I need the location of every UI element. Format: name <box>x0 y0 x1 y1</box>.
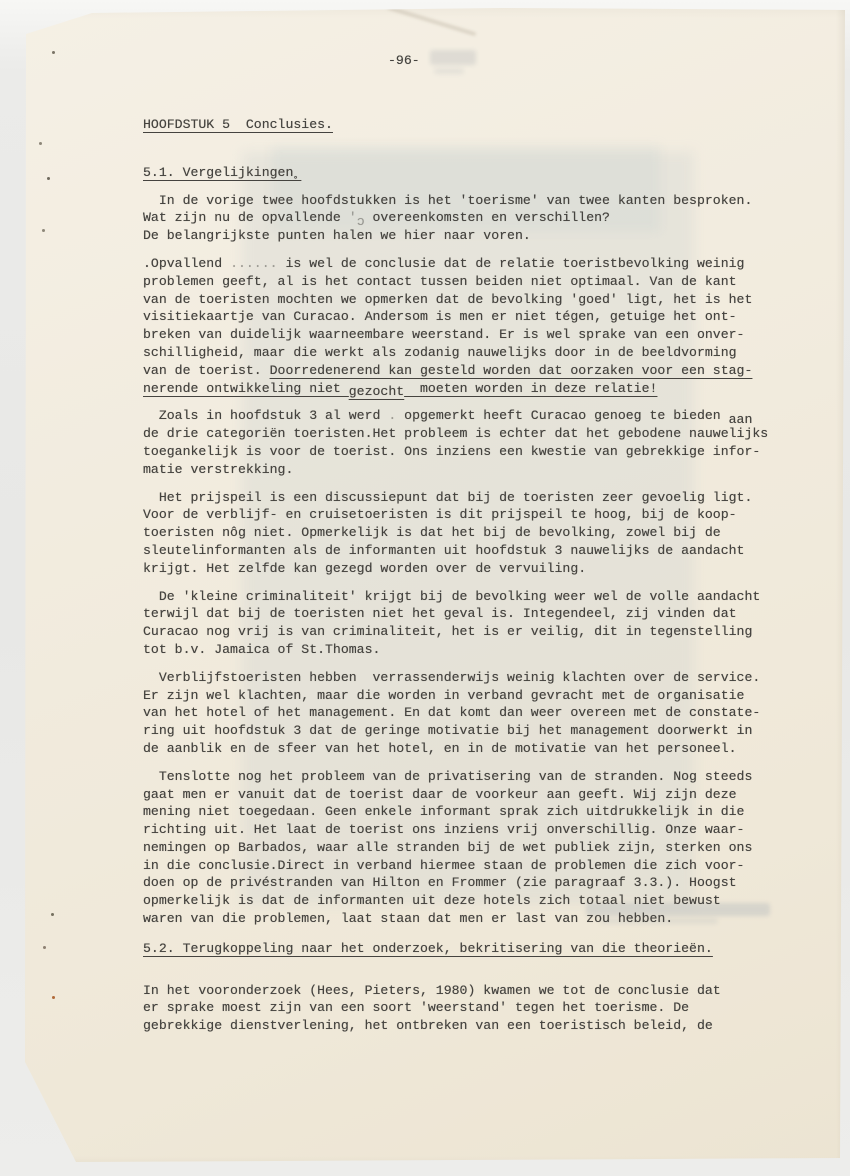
section-heading-5.1: 5.1. Vergelijkingen˳ <box>143 164 807 182</box>
text-line: Voor de verblijf- en cruisetoeristen is … <box>143 506 807 524</box>
text-segment: Er zijn wel klachten, maar die worden in… <box>143 688 744 703</box>
text-line: waren van die problemen, laat staan dat … <box>143 910 807 928</box>
text-line: de drie categoriën toeristen.Het problee… <box>143 425 807 443</box>
document-page: -96- HOOFDSTUK 5 Conclusies. 5.1. Vergel… <box>0 0 850 1176</box>
underlined-text: moeten worden in deze relatie! <box>404 381 657 396</box>
text-segment: tot b.v. Jamaica of St.Thomas. <box>143 642 380 657</box>
paragraph: Verblijfstoeristen hebben verrassenderwi… <box>143 669 807 758</box>
underlined-text: gezocht <box>349 384 404 399</box>
text-segment: problemen geeft, al is het contact tusse… <box>143 274 737 289</box>
text-segment: .Opvallend <box>143 256 230 271</box>
text-segment: matie verstrekking. <box>143 462 293 477</box>
text-segment: er sprake moest zijn van een soort 'weer… <box>143 1000 689 1015</box>
document-body: HOOFDSTUK 5 Conclusies. 5.1. Vergelijkin… <box>143 116 807 1035</box>
text-segment: van de toeristen mochten we opmerken dat… <box>143 292 752 307</box>
text-segment: doen op de privéstranden van Hilton en F… <box>143 875 737 890</box>
text-segment: De belangrijkste punten halen we hier na… <box>143 228 531 243</box>
text-line: de aanblik en de sfeer van het hotel, en… <box>143 740 807 758</box>
text-segment: van de toerist. <box>143 363 270 378</box>
text-line: van de toerist. Doorredenerend kan geste… <box>143 362 807 380</box>
text-line: De 'kleine criminaliteit' krijgt bij de … <box>143 588 807 606</box>
text-segment: Tenslotte nog het probleem van de privat… <box>143 769 752 784</box>
text-segment: ' <box>341 210 357 225</box>
paragraph: In het vooronderzoek (Hees, Pieters, 198… <box>143 982 807 1035</box>
text-line: Wat zijn nu de opvallende 'ɔ overeenkoms… <box>143 209 807 227</box>
paper-crease <box>387 6 476 36</box>
text-line: gaat men er vanuit dat de toerist daar d… <box>143 786 807 804</box>
text-segment: breken van duidelijk waarneembare weerst… <box>143 327 744 342</box>
text-line: mening niet toegedaan. Geen enkele infor… <box>143 803 807 821</box>
text-line: In het vooronderzoek (Hees, Pieters, 198… <box>143 982 807 1000</box>
text-segment: De 'kleine criminaliteit' krijgt bij de … <box>143 589 760 604</box>
text-line: breken van duidelijk waarneembare weerst… <box>143 326 807 344</box>
section-5.1: 5.1. Vergelijkingen˳ In de vorige twee h… <box>143 164 807 928</box>
text-line: Curacao nog vrij is van criminaliteit, h… <box>143 623 807 641</box>
paragraph: Tenslotte nog het probleem van de privat… <box>143 768 807 928</box>
text-line: nemingen op Barbados, waar alle stranden… <box>143 839 807 857</box>
ghost-smudge-top <box>430 50 476 65</box>
paper-specks <box>0 0 3 3</box>
text-line: Zoals in hoofdstuk 3 al werd . opgemerkt… <box>143 407 807 425</box>
text-line: sleutelinformanten als de informanten ui… <box>143 542 807 560</box>
text-segment: opgemerkt heeft Curacao genoeg te bieden <box>404 408 728 423</box>
text-line: toeristen nôg niet. Opmerkelijk is dat h… <box>143 524 807 542</box>
page-number: -96- <box>388 52 420 70</box>
paragraph: Zoals in hoofdstuk 3 al werd . opgemerkt… <box>143 407 807 478</box>
underlined-text: Doorredenerend kan gesteld worden dat oo… <box>270 363 753 378</box>
underlined-text: nerende ontwikkeling niet <box>143 381 349 396</box>
text-line: ring uit hoofdstuk 3 dat de geringe moti… <box>143 722 807 740</box>
text-segment: gebrekkige dienstverlening, het ontbreke… <box>143 1018 713 1033</box>
text-line: schilligheid, maar die werkt als zodanig… <box>143 344 807 362</box>
text-line: Verblijfstoeristen hebben verrassenderwi… <box>143 669 807 687</box>
text-line: van de toeristen mochten we opmerken dat… <box>143 291 807 309</box>
chapter-title: HOOFDSTUK 5 Conclusies. <box>143 116 807 134</box>
text-line: gebrekkige dienstverlening, het ontbreke… <box>143 1017 807 1035</box>
text-segment: nemingen op Barbados, waar alle stranden… <box>143 840 752 855</box>
text-segment: Wat zijn nu de opvallende <box>143 210 341 225</box>
text-line: In de vorige twee hoofdstukken is het 't… <box>143 192 807 210</box>
text-line: terwijl dat bij de toeristen niet het ge… <box>143 605 807 623</box>
text-segment: aan <box>729 412 753 427</box>
text-segment: krijgt. Het zelfde kan gezegd worden ove… <box>143 561 586 576</box>
text-segment: In de vorige twee hoofdstukken is het 't… <box>143 193 752 208</box>
text-line: van het hotel of het management. En dat … <box>143 704 807 722</box>
text-segment: visitiekaartje van Curacao. Andersom is … <box>143 309 737 324</box>
text-segment: ...... <box>230 256 277 271</box>
text-segment: Voor de verblijf- en cruisetoeristen is … <box>143 507 737 522</box>
text-segment: mening niet toegedaan. Geen enkele infor… <box>143 804 744 819</box>
text-line: Er zijn wel klachten, maar die worden in… <box>143 687 807 705</box>
text-line: toegankelijk is voor de toerist. Ons inz… <box>143 443 807 461</box>
text-line: tot b.v. Jamaica of St.Thomas. <box>143 641 807 659</box>
text-segment: Curacao nog vrij is van criminaliteit, h… <box>143 624 752 639</box>
text-segment: terwijl dat bij de toeristen niet het ge… <box>143 606 737 621</box>
section-5.2: 5.2. Terugkoppeling naar het onderzoek, … <box>143 940 807 1035</box>
text-segment: richting uit. Het laat de toerist ons in… <box>143 822 744 837</box>
text-segment: sleutelinformanten als de informanten ui… <box>143 543 744 558</box>
ghost-smudge-top-2 <box>434 68 464 74</box>
text-segment: opmerkelijk is dat de informanten uit de… <box>143 893 721 908</box>
text-segment: Het prijspeil is een discussiepunt dat b… <box>143 490 752 505</box>
text-segment: waren van die problemen, laat staan dat … <box>143 911 673 926</box>
text-line: .Opvallend ...... is wel de conclusie da… <box>143 255 807 273</box>
text-line: problemen geeft, al is het contact tusse… <box>143 273 807 291</box>
text-segment: de drie categoriën toeristen.Het problee… <box>143 426 768 441</box>
text-segment: is wel de conclusie dat de relatie toeri… <box>278 256 745 271</box>
text-line: visitiekaartje van Curacao. Andersom is … <box>143 308 807 326</box>
text-line: doen op de privéstranden van Hilton en F… <box>143 874 807 892</box>
text-line: krijgt. Het zelfde kan gezegd worden ove… <box>143 560 807 578</box>
text-segment: ɔ <box>357 214 365 229</box>
text-segment: toegankelijk is voor de toerist. Ons inz… <box>143 444 760 459</box>
text-segment: van het hotel of het management. En dat … <box>143 705 760 720</box>
text-segment: overeenkomsten en verschillen? <box>365 210 610 225</box>
text-segment: . <box>380 408 404 423</box>
text-line: opmerkelijk is dat de informanten uit de… <box>143 892 807 910</box>
text-line: richting uit. Het laat de toerist ons in… <box>143 821 807 839</box>
text-segment: de aanblik en de sfeer van het hotel, en… <box>143 741 737 756</box>
text-segment: gaat men er vanuit dat de toerist daar d… <box>143 787 737 802</box>
text-segment: toeristen nôg niet. Opmerkelijk is dat h… <box>143 525 721 540</box>
text-segment: ring uit hoofdstuk 3 dat de geringe moti… <box>143 723 752 738</box>
text-line: er sprake moest zijn van een soort 'weer… <box>143 999 807 1017</box>
paragraph: In de vorige twee hoofdstukken is het 't… <box>143 192 807 245</box>
text-line: De belangrijkste punten halen we hier na… <box>143 227 807 245</box>
paragraph: De 'kleine criminaliteit' krijgt bij de … <box>143 588 807 659</box>
text-line: matie verstrekking. <box>143 461 807 479</box>
text-segment: In het vooronderzoek (Hees, Pieters, 198… <box>143 983 721 998</box>
text-line: Tenslotte nog het probleem van de privat… <box>143 768 807 786</box>
text-segment: Verblijfstoeristen hebben verrassenderwi… <box>143 670 760 685</box>
text-segment: Zoals in hoofdstuk 3 al werd <box>143 408 380 423</box>
text-segment: schilligheid, maar die werkt als zodanig… <box>143 345 737 360</box>
text-segment: in die conclusie.Direct in verband hierm… <box>143 858 744 873</box>
text-line: in die conclusie.Direct in verband hierm… <box>143 857 807 875</box>
text-line: Het prijspeil is een discussiepunt dat b… <box>143 489 807 507</box>
paragraph: Het prijspeil is een discussiepunt dat b… <box>143 489 807 578</box>
paragraph: .Opvallend ...... is wel de conclusie da… <box>143 255 807 397</box>
text-line: nerende ontwikkeling niet gezocht moeten… <box>143 380 807 398</box>
section-heading-5.2: 5.2. Terugkoppeling naar het onderzoek, … <box>143 940 807 958</box>
